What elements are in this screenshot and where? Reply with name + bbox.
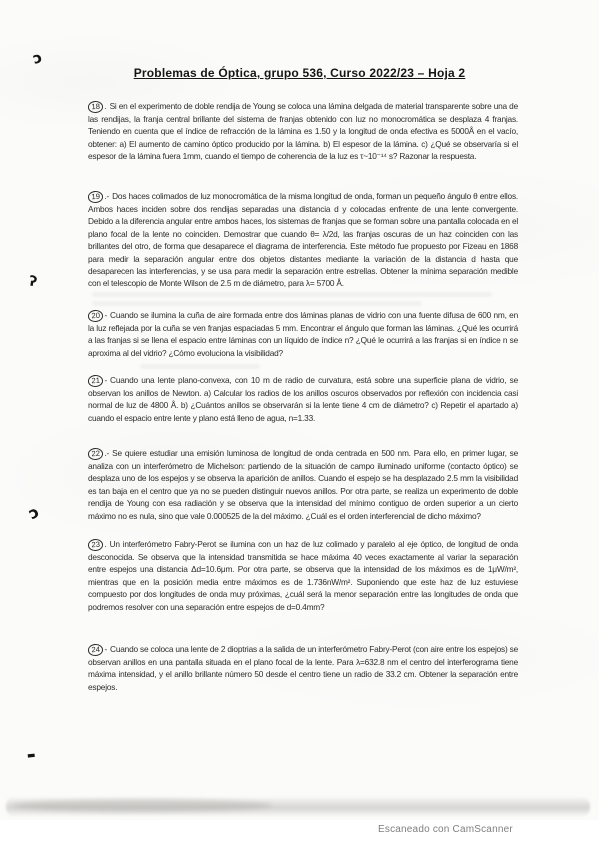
problem-number-badge: 23 — [88, 539, 104, 552]
problem-number-badge: 22 — [88, 448, 104, 461]
ink-bleed-artifact — [92, 301, 422, 306]
binder-hole-mark-icon: ʔ — [28, 274, 38, 291]
problem-number-badge: 18 — [88, 101, 104, 114]
binder-hole-mark-icon: ɔ — [31, 48, 44, 68]
problem-number-badge: 19 — [88, 191, 104, 204]
problem-number-suffix: .- — [104, 448, 109, 458]
problem-text: Se quiere estudiar una emisión luminosa … — [88, 448, 518, 521]
problem-21: 21-Cuando una lente plano-convexa, con 1… — [88, 374, 518, 424]
page-title: Problemas de Óptica, grupo 536, Curso 20… — [0, 66, 599, 80]
problem-number-badge: 20 — [88, 310, 104, 323]
scanner-footer-area: Escaneado con CamScanner — [0, 820, 599, 848]
camscanner-watermark-label: Escaneado con CamScanner — [378, 824, 513, 835]
problem-number-badge: 24 — [88, 644, 104, 657]
problem-number-suffix: .- — [104, 191, 109, 201]
problem-20: 20-Cuando se ilumina la cuña de aire for… — [88, 309, 518, 359]
scan-shadow-blob — [12, 799, 272, 812]
problem-text: Un interferómetro Fabry-Perot se ilumina… — [88, 539, 518, 612]
problem-23: 23.Un interferómetro Fabry-Perot se ilum… — [88, 538, 518, 613]
problem-text: Dos haces colimados de luz monocromática… — [88, 191, 518, 288]
binder-hole-mark-icon: ɔ — [25, 502, 42, 523]
problem-number-suffix: - — [104, 644, 107, 654]
problem-19: 19.-Dos haces colimados de luz monocromá… — [88, 190, 518, 290]
ink-bleed-artifact — [92, 292, 492, 297]
ink-bleed-artifact — [140, 364, 260, 369]
problem-text: Cuando se ilumina la cuña de aire formad… — [88, 310, 518, 358]
problem-number-suffix: . — [104, 539, 106, 549]
problem-text: Cuando una lente plano-convexa, con 10 m… — [88, 375, 518, 423]
document-page: ɔ ʔ ɔ ▬ Problemas de Óptica, grupo 536, … — [0, 0, 599, 820]
binder-hole-mark-icon: ▬ — [27, 751, 37, 762]
problem-text: Cuando se coloca una lente de 2 dioptria… — [88, 644, 518, 692]
problem-number-suffix: - — [104, 310, 107, 320]
problem-number-suffix: - — [104, 375, 107, 385]
problem-text: Si en el experimento de doble rendija de… — [88, 101, 518, 161]
problem-number-suffix: . — [104, 101, 106, 111]
problem-number-badge: 21 — [88, 375, 104, 388]
problem-22: 22.-Se quiere estudiar una emisión lumin… — [88, 447, 518, 522]
problem-18: 18.Si en el experimento de doble rendija… — [88, 100, 518, 163]
problem-24: 24-Cuando se coloca una lente de 2 diopt… — [88, 643, 518, 693]
